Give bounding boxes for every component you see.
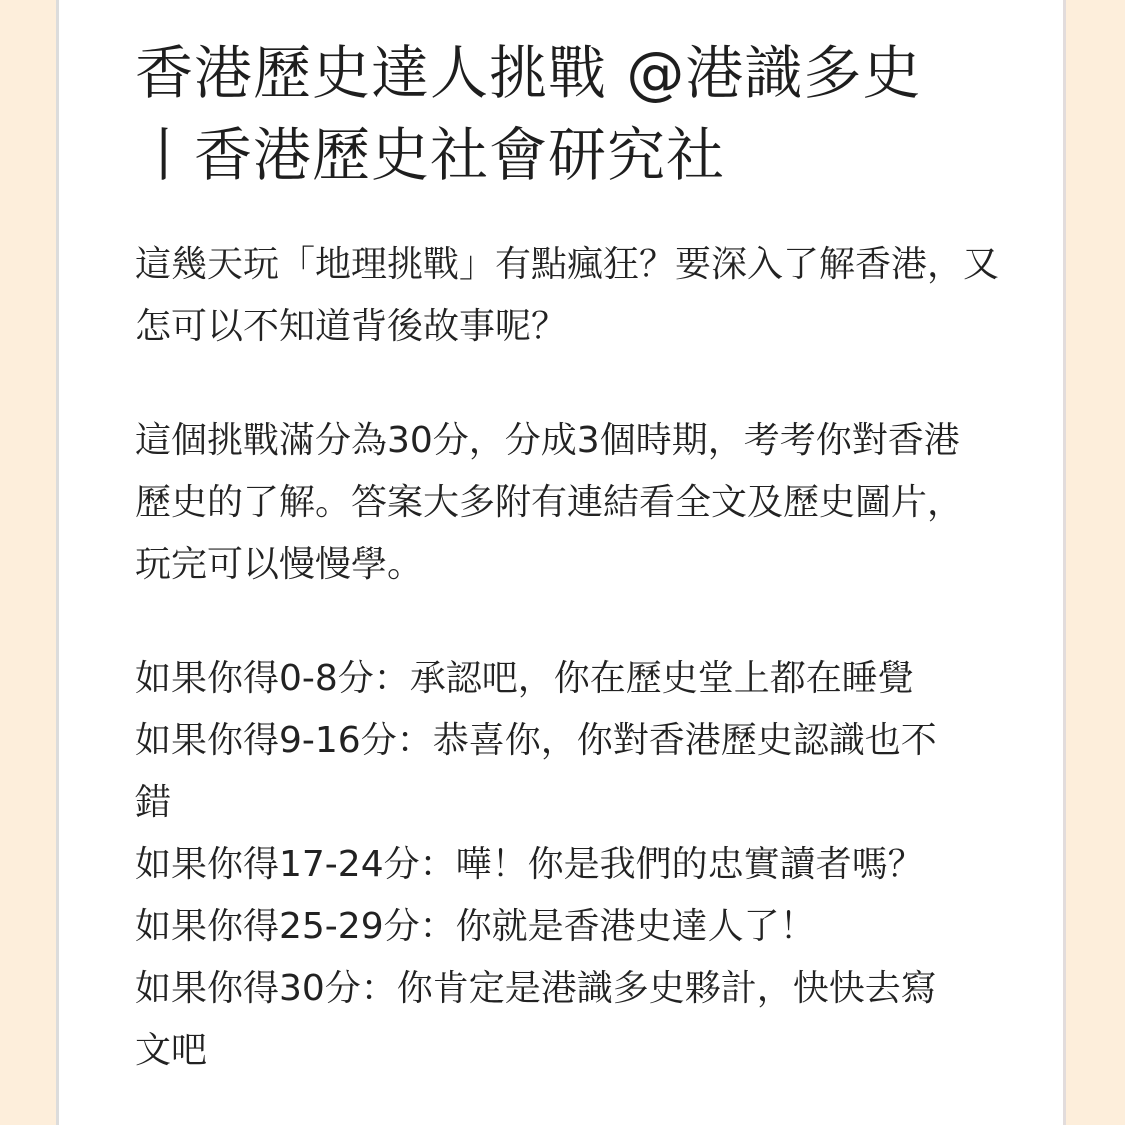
rules-line: 玩完可以慢慢學。 [135,534,1015,596]
form-title-line-1: 香港歷史達人挑戰 @港識多史 [135,32,1015,114]
score-tier-line: 如果你得25-29分：你就是香港史達人了！ [135,896,1015,958]
rules-line: 這個挑戰滿分為30分，分成3個時期，考考你對香港 [135,410,1015,472]
intro-line: 怎可以不知道背後故事呢？ [135,296,1015,358]
score-tier-line: 錯 [135,772,1015,834]
form-header-card: 香港歷史達人挑戰 @港識多史 丨香港歷史社會研究社 這幾天玩「地理挑戰」有點瘋狂… [56,0,1066,1125]
score-tier-line: 如果你得0-8分：承認吧，你在歷史堂上都在睡覺 [135,648,1015,710]
form-description: 這幾天玩「地理挑戰」有點瘋狂？要深入了解香港，又 怎可以不知道背後故事呢？ 這個… [135,234,1015,1082]
score-tier-line: 如果你得30分：你肯定是港識多史夥計，快快去寫 [135,958,1015,1020]
score-tier-line: 文吧 [135,1020,1015,1082]
paragraph-spacer [135,596,1015,648]
rules-paragraph: 這個挑戰滿分為30分，分成3個時期，考考你對香港 歷史的了解。答案大多附有連結看… [135,410,1015,596]
intro-line: 這幾天玩「地理挑戰」有點瘋狂？要深入了解香港，又 [135,234,1015,296]
score-tiers-paragraph: 如果你得0-8分：承認吧，你在歷史堂上都在睡覺 如果你得9-16分：恭喜你，你對… [135,648,1015,1082]
intro-paragraph: 這幾天玩「地理挑戰」有點瘋狂？要深入了解香港，又 怎可以不知道背後故事呢？ [135,234,1015,358]
score-tier-line: 如果你得9-16分：恭喜你，你對香港歷史認識也不 [135,710,1015,772]
rules-line: 歷史的了解。答案大多附有連結看全文及歷史圖片， [135,472,1015,534]
form-title-line-2: 丨香港歷史社會研究社 [135,114,1015,196]
form-title: 香港歷史達人挑戰 @港識多史 丨香港歷史社會研究社 [135,32,1015,196]
page-background: 香港歷史達人挑戰 @港識多史 丨香港歷史社會研究社 這幾天玩「地理挑戰」有點瘋狂… [0,0,1125,1125]
paragraph-spacer [135,358,1015,410]
score-tier-line: 如果你得17-24分：嘩！你是我們的忠實讀者嗎？ [135,834,1015,896]
form-header-content: 香港歷史達人挑戰 @港識多史 丨香港歷史社會研究社 這幾天玩「地理挑戰」有點瘋狂… [135,32,1015,1082]
